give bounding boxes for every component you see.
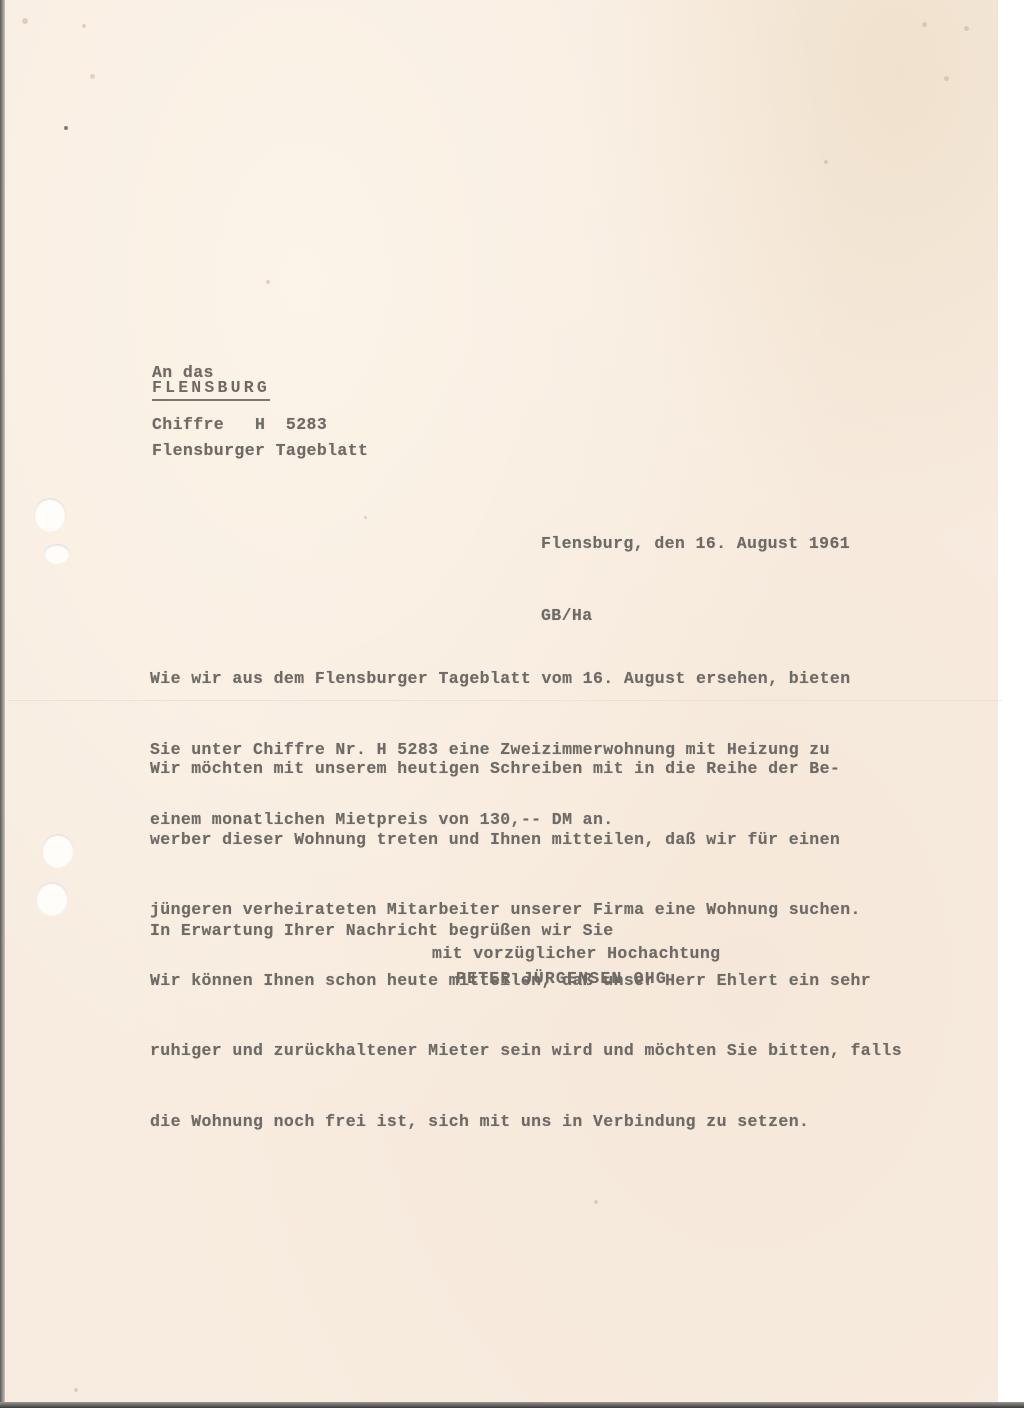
closing-salutation: mit vorzüglicher Hochachtung <box>432 942 720 966</box>
text-line: Wie wir aus dem Flensburger Tageblatt vo… <box>150 667 910 691</box>
age-spot <box>594 1200 598 1204</box>
age-spot <box>74 1388 78 1392</box>
text-line: die Wohnung noch frei ist, sich mit uns … <box>150 1110 910 1134</box>
age-spot <box>22 18 28 24</box>
reference-code: Chiffre H 5283 <box>152 412 327 437</box>
punch-hole <box>42 834 74 868</box>
age-spot <box>824 160 828 164</box>
age-spot <box>944 76 949 81</box>
scan-edge-left <box>0 0 5 1408</box>
age-spot <box>266 280 270 284</box>
age-spot <box>82 24 86 28</box>
paper-sheet: An das Flensburger Tageblatt FLENSBURG C… <box>4 0 998 1404</box>
scanned-letter: An das Flensburger Tageblatt FLENSBURG C… <box>0 0 1024 1408</box>
punch-hole <box>44 544 70 564</box>
place-date: Flensburg, den 16. August 1961 <box>541 532 850 556</box>
sender-company: PETER JÜRGENSEN OHG <box>456 966 667 991</box>
recipient-city: FLENSBURG <box>152 378 270 401</box>
punch-hole <box>36 882 68 916</box>
recipient-line: Flensburger Tageblatt <box>152 438 368 464</box>
text-line: ruhiger und zurückhaltener Mieter sein w… <box>150 1039 910 1063</box>
scan-edge-bottom <box>0 1402 1024 1408</box>
age-spot <box>90 74 95 79</box>
age-spot <box>364 516 367 519</box>
text-line: werber dieser Wohnung treten und Ihnen m… <box>150 828 910 852</box>
age-spot <box>922 22 927 27</box>
text-line: In Erwartung Ihrer Nachricht begrüßen wi… <box>150 919 910 943</box>
age-spot <box>964 26 969 31</box>
punch-hole <box>34 498 66 532</box>
text-line: Wir möchten mit unserem heutigen Schreib… <box>150 757 910 781</box>
age-spot <box>64 126 68 130</box>
